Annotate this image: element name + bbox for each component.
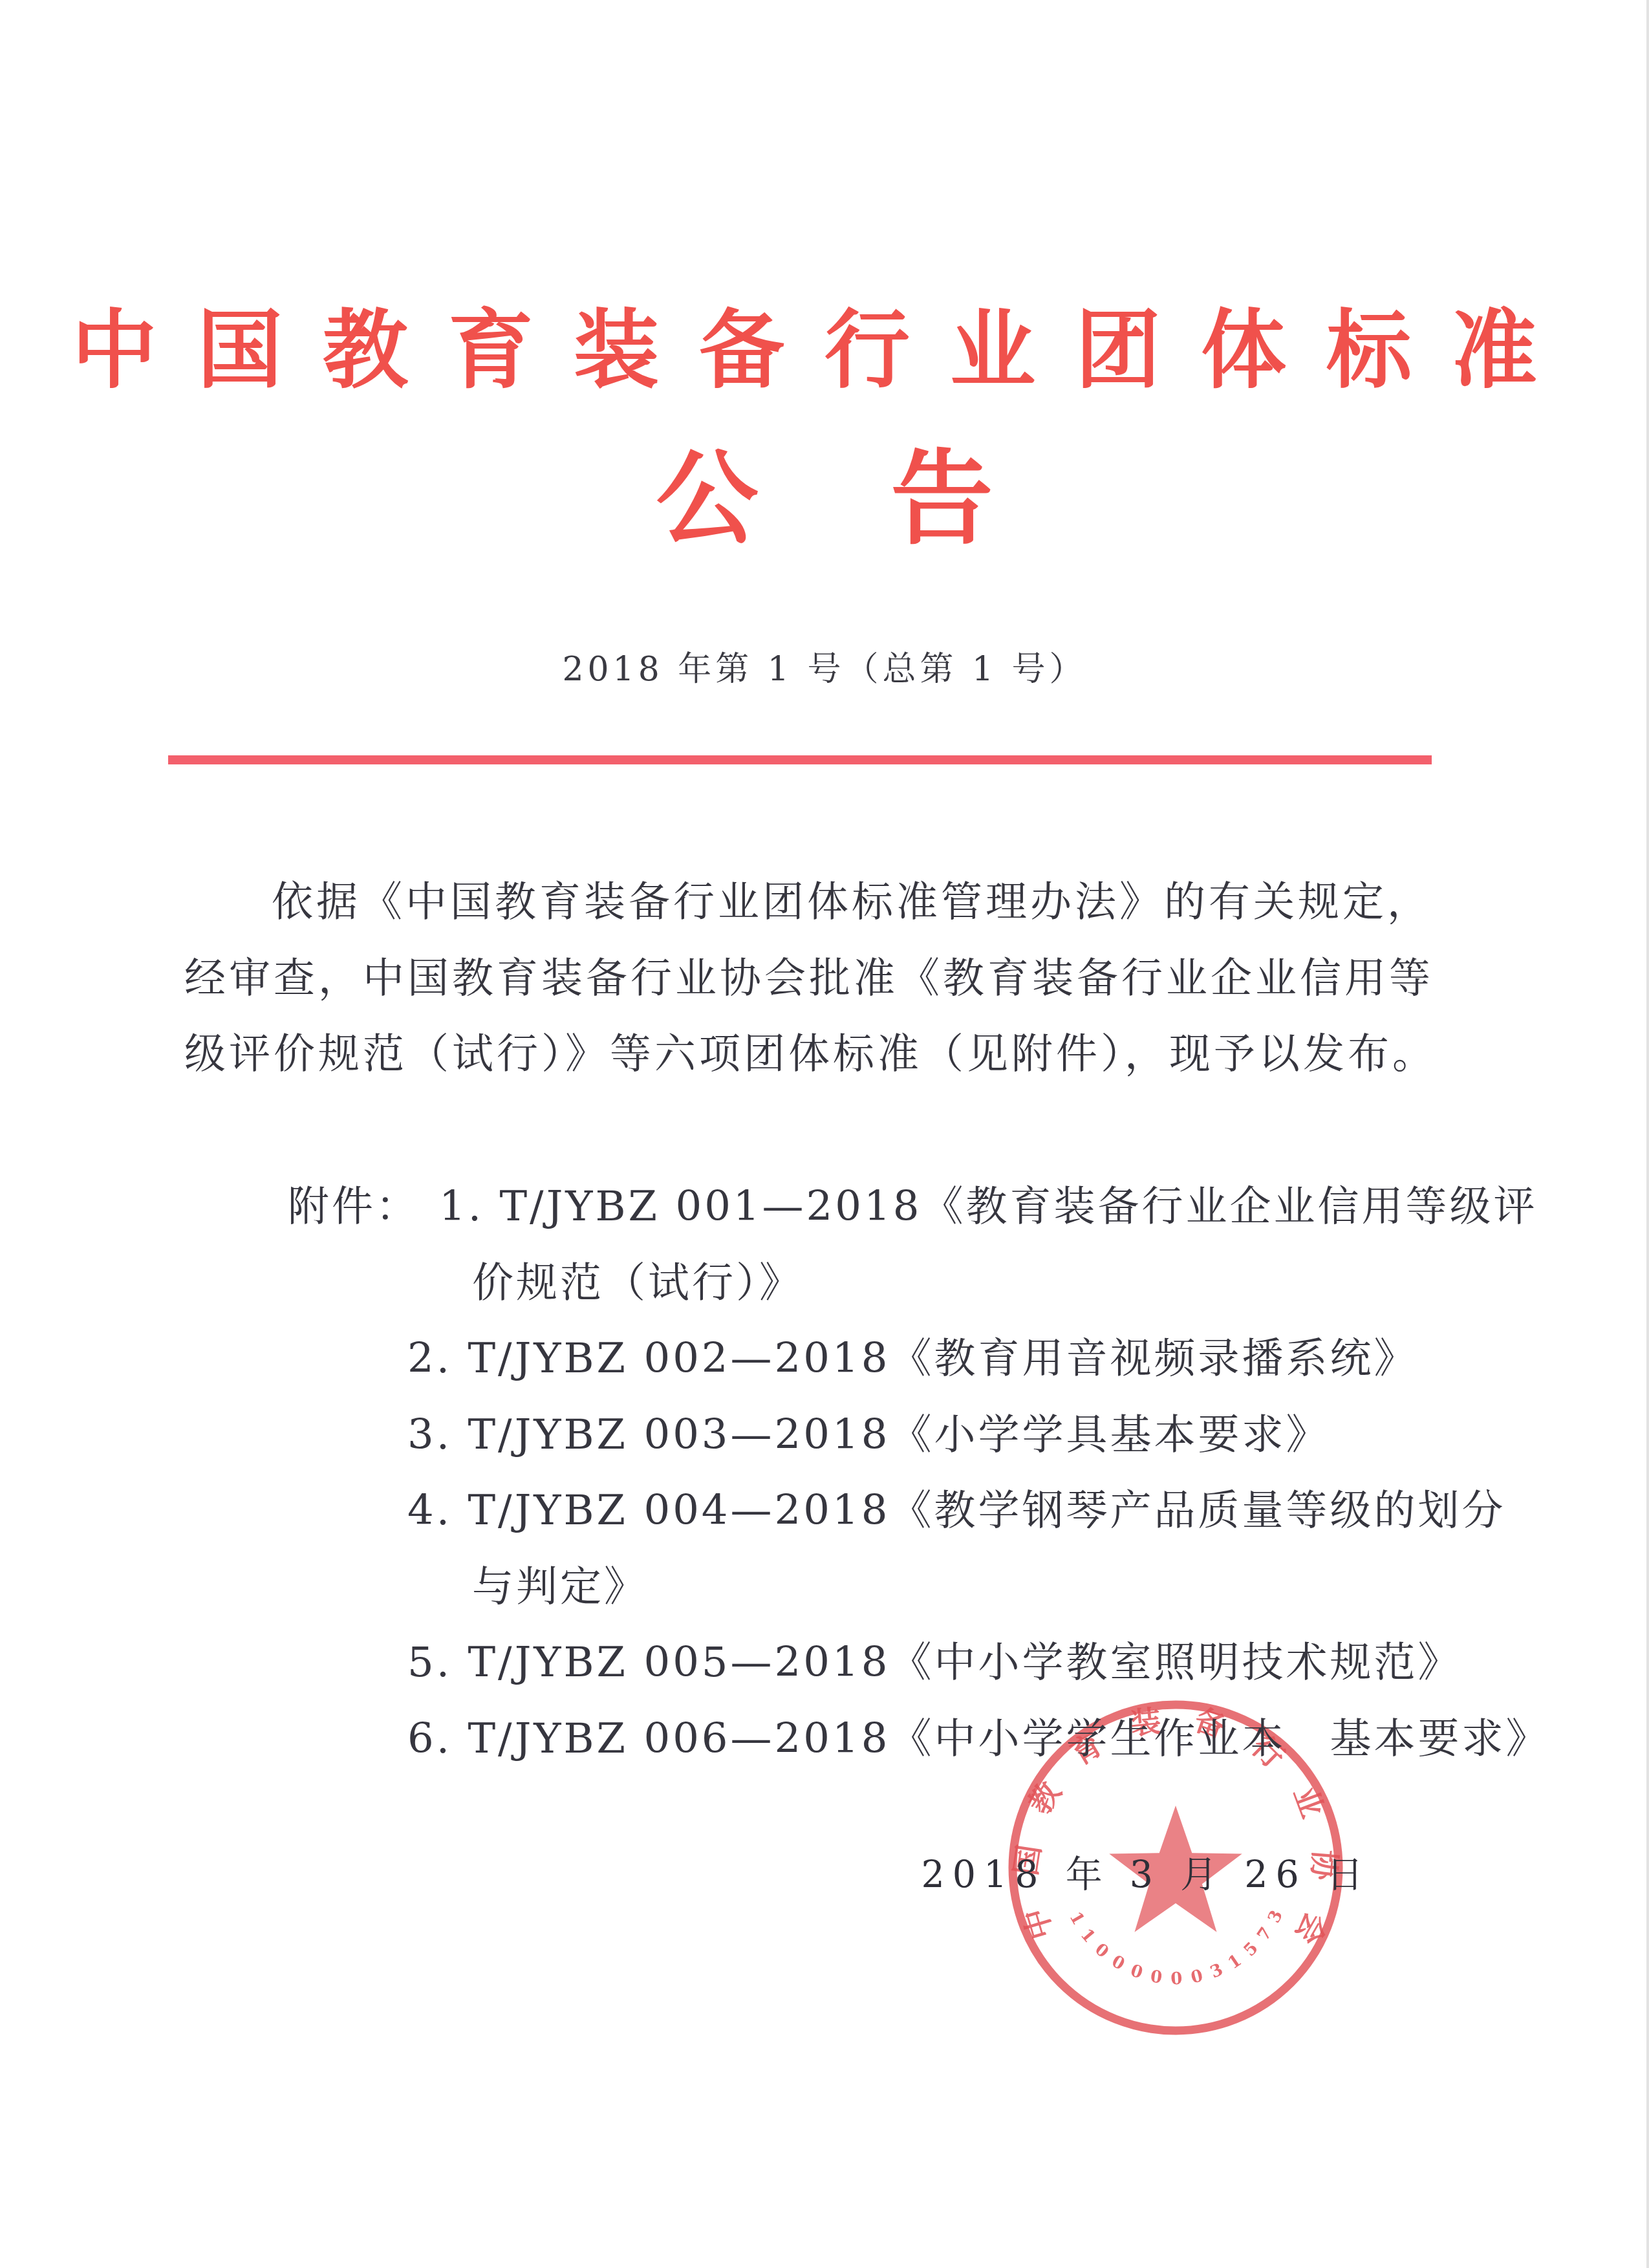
seal-serial-number: 1100000031573 <box>1065 1899 1290 1989</box>
scan-edge-shadow <box>1646 0 1649 2268</box>
announcement-char-2: 告 <box>891 435 993 564</box>
issue-date: 2018 年 3 月 26 日 <box>0 1851 1371 1899</box>
paragraph-line: 依据《中国教育装备行业团体标准管理办法》的有关规定， <box>184 865 1474 941</box>
attachment-item-text: 1. T/JYBZ 001—2018《教育装备行业企业信用等级评 <box>439 1183 1537 1231</box>
document-page: 中国教育装备行业团体标准 公 告 2018 年第 1 号（总第 1 号） 依据《… <box>0 0 1649 2268</box>
svg-text:1100000031573: 1100000031573 <box>1065 1899 1290 1989</box>
attachment-item-2: 2. T/JYBZ 002—2018《教育用音视频录播系统》 <box>184 1321 1478 1398</box>
attachment-item-1: 附件：1. T/JYBZ 001—2018《教育装备行业企业信用等级评 <box>184 1169 1478 1246</box>
issue-number: 2018 年第 1 号（总第 1 号） <box>0 647 1649 692</box>
attachment-item-4: 4. T/JYBZ 004—2018《教学钢琴产品质量等级的划分 <box>184 1473 1478 1550</box>
paragraph-line: 级评价规范（试行）》等六项团体标准（见附件），现予以发布。 <box>184 1017 1474 1093</box>
announcement-heading: 公 告 <box>0 435 1649 564</box>
document-title: 中国教育装备行业团体标准 <box>20 299 1629 402</box>
attachment-item-5: 5. T/JYBZ 005—2018《中小学教室照明技术规范》 <box>184 1625 1478 1701</box>
attachment-item-3: 3. T/JYBZ 003—2018《小学学具基本要求》 <box>184 1398 1478 1474</box>
attachment-item-6: 6. T/JYBZ 006—2018《中小学学生作业本 基本要求》 <box>184 1701 1478 1778</box>
announcement-char-1: 公 <box>656 435 759 564</box>
red-divider-line <box>168 755 1432 764</box>
body-paragraph: 依据《中国教育装备行业团体标准管理办法》的有关规定， 经审查，中国教育装备行业协… <box>184 865 1474 1093</box>
attachment-item-4-continued: 与判定》 <box>184 1550 1478 1626</box>
attachment-label: 附件： <box>288 1183 439 1231</box>
paragraph-line: 经审查，中国教育装备行业协会批准《教育装备行业企业信用等 <box>184 941 1474 1017</box>
attachment-item-1-continued: 价规范（试行）》 <box>184 1246 1478 1322</box>
attachment-list: 附件：1. T/JYBZ 001—2018《教育装备行业企业信用等级评 价规范（… <box>184 1169 1478 1777</box>
